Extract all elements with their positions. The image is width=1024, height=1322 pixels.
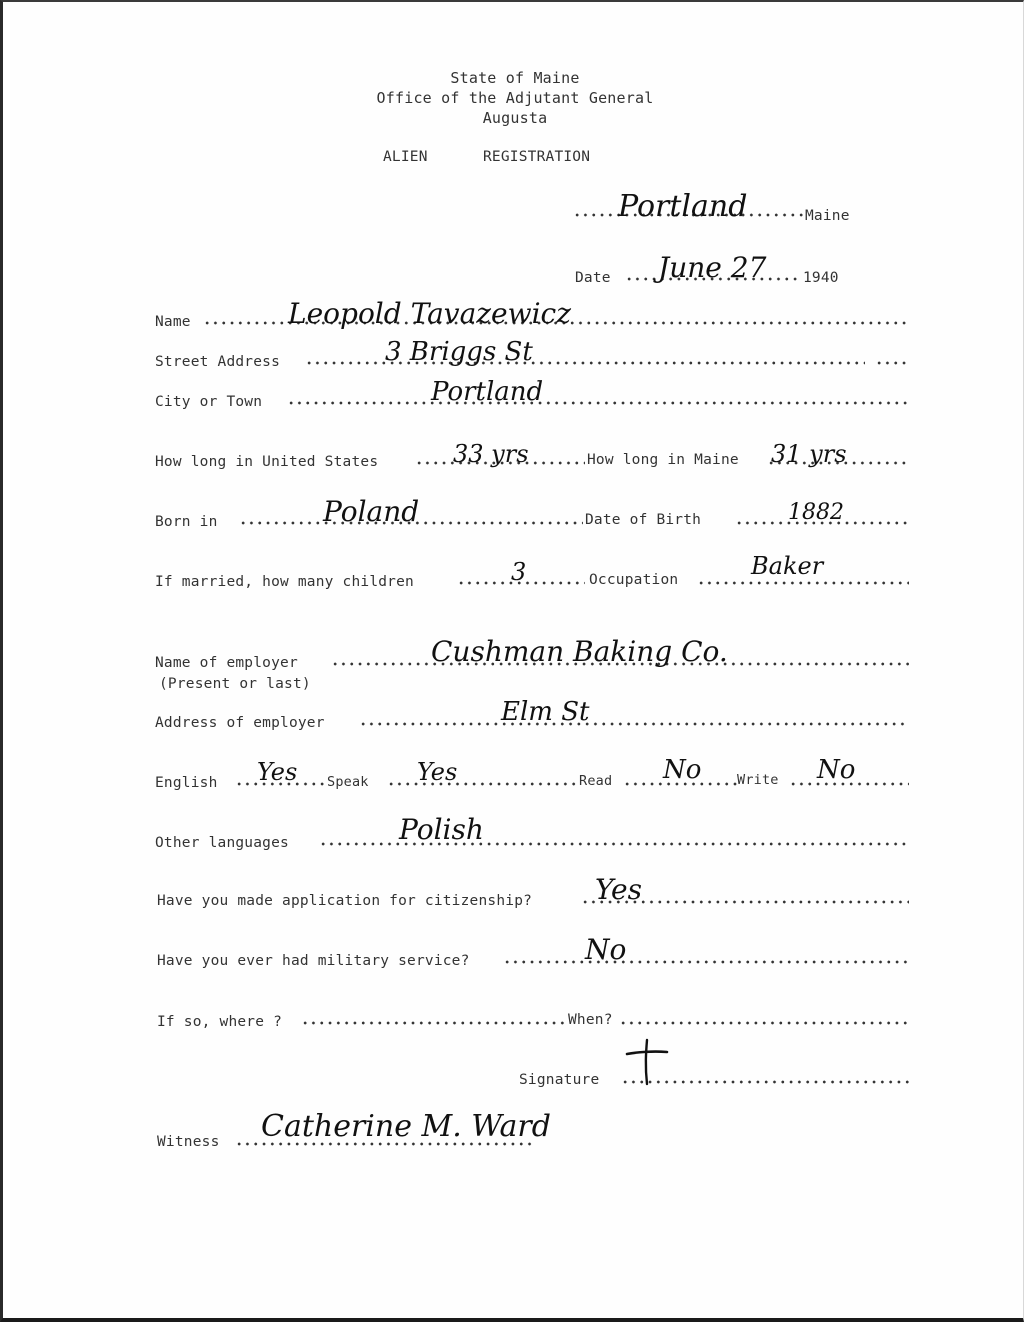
title-alien: ALIEN xyxy=(383,149,428,165)
when-label: When? xyxy=(568,1012,613,1028)
employer-address-value: Elm St xyxy=(501,699,589,725)
if-so-where-dotted-line xyxy=(301,1016,567,1030)
street-address-dotted-line-end xyxy=(875,356,908,370)
speak-dotted-line xyxy=(387,777,577,791)
employer-address-dotted-line xyxy=(359,717,909,731)
occupation-value: Baker xyxy=(751,554,823,578)
if-so-where-label: If so, where ? xyxy=(157,1014,282,1030)
military-service-value: No xyxy=(585,936,626,964)
military-service-dotted-line xyxy=(503,955,909,969)
name-label: Name xyxy=(155,314,191,330)
date-label: Date xyxy=(575,270,611,286)
place-suffix: Maine xyxy=(805,208,850,224)
street-address-value: 3 Briggs St xyxy=(385,339,533,365)
title-registration: REGISTRATION xyxy=(483,149,590,165)
date-of-birth-label: Date of Birth xyxy=(585,512,701,528)
employer-name-value: Cushman Baking Co. xyxy=(431,638,728,666)
born-in-value: Poland xyxy=(323,498,419,526)
city-value: Portland xyxy=(431,379,543,405)
speak-label: Speak xyxy=(327,774,369,790)
read-value: No xyxy=(663,757,701,783)
date-value: June 27 xyxy=(658,254,766,282)
how-long-us-value: 33 yrs xyxy=(453,442,529,466)
how-long-maine-value: 31 yrs xyxy=(771,442,847,466)
street-address-label: Street Address xyxy=(155,354,280,370)
date-year: 1940 xyxy=(803,270,839,286)
signature-dotted-line xyxy=(621,1075,909,1089)
born-in-label: Born in xyxy=(155,514,218,530)
employer-name-label: Name of employer xyxy=(155,655,298,671)
header-state: State of Maine xyxy=(3,69,1024,87)
occupation-label: Occupation xyxy=(589,572,678,588)
other-languages-label: Other languages xyxy=(155,835,289,851)
city-label: City or Town xyxy=(155,394,262,410)
military-service-label: Have you ever had military service? xyxy=(157,953,470,969)
citizenship-label: Have you made application for citizenshi… xyxy=(157,893,532,909)
write-value: No xyxy=(817,757,855,783)
when-dotted-line xyxy=(619,1016,909,1030)
children-label: If married, how many children xyxy=(155,574,414,590)
read-label: Read xyxy=(579,773,612,789)
employer-name-sublabel: (Present or last) xyxy=(159,676,311,692)
name-value: Leopold Tavazewicz xyxy=(288,300,571,328)
witness-signature: Catherine M. Ward xyxy=(261,1112,551,1142)
other-languages-value: Polish xyxy=(399,816,484,844)
employer-address-label: Address of employer xyxy=(155,715,325,731)
date-of-birth-value: 1882 xyxy=(788,502,844,524)
children-value: 3 xyxy=(511,560,526,584)
citizenship-value: Yes xyxy=(595,876,642,904)
english-value: Yes xyxy=(257,760,297,784)
write-label: Write xyxy=(737,772,779,788)
english-label: English xyxy=(155,775,218,791)
city-dotted-line xyxy=(287,396,907,410)
witness-label: Witness xyxy=(157,1134,220,1150)
how-long-maine-label: How long in Maine xyxy=(587,452,739,468)
header-city: Augusta xyxy=(3,109,1024,127)
place-value: Portland xyxy=(618,192,747,222)
registration-form-page: State of Maine Office of the Adjutant Ge… xyxy=(0,0,1024,1322)
signature-label: Signature xyxy=(519,1072,599,1088)
header-office: Office of the Adjutant General xyxy=(3,89,1024,107)
speak-value: Yes xyxy=(417,760,457,784)
how-long-us-label: How long in United States xyxy=(155,454,378,470)
